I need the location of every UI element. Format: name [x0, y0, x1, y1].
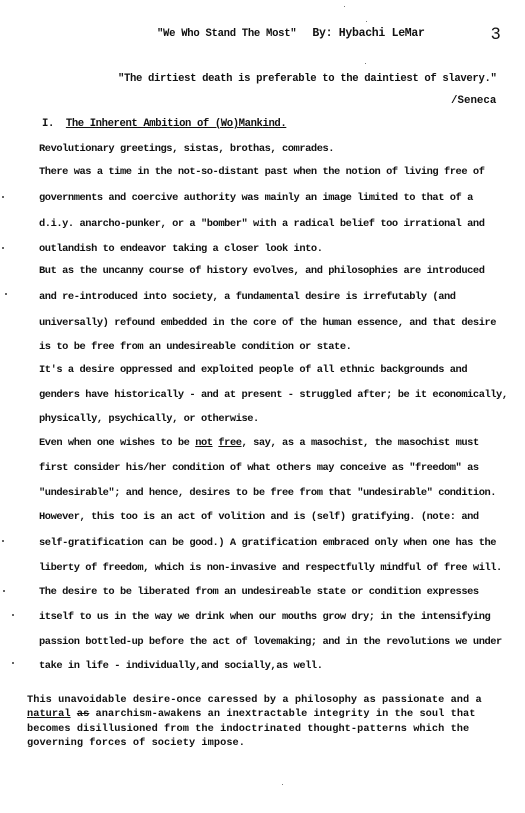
body-line: self-gratification can be good.) A grati… [39, 537, 496, 549]
typed-line: This unavoidable desire-once caressed by… [27, 693, 482, 707]
document-page: "We Who Stand The Most" By: Hybachi LeMa… [0, 0, 525, 813]
page-header: "We Who Stand The Most" By: Hybachi LeMa… [157, 27, 425, 40]
epigraph-attribution: /Seneca [451, 95, 496, 107]
page-number: 3 [491, 24, 500, 44]
body-line: genders have historically - and at prese… [39, 389, 508, 401]
body-line: physically, psychically, or otherwise. [39, 413, 259, 425]
margin-mark [2, 196, 4, 198]
margin-mark [2, 540, 4, 542]
body-line: "undesirable"; and hence, desires to be … [39, 487, 496, 499]
section-numeral: I. [42, 118, 54, 130]
margin-mark [12, 614, 14, 616]
section-title: The Inherent Ambition of (Wo)Mankind. [66, 118, 286, 130]
scan-speck [344, 6, 345, 7]
body-line: But as the uncanny course of history evo… [39, 265, 484, 277]
body-line: There was a time in the not-so-distant p… [39, 166, 484, 178]
body-line: universally) refound embedded in the cor… [39, 317, 496, 329]
emphasis-not: not [195, 437, 212, 449]
document-author: By: Hybachi LeMar [312, 27, 424, 40]
scan-speck [366, 21, 367, 22]
body-line: passion bottled-up before the act of lov… [39, 636, 502, 648]
body-line: outlandish to endeavor taking a closer l… [39, 243, 323, 255]
typed-paragraph: This unavoidable desire-once caressed by… [27, 693, 482, 750]
body-line: The desire to be liberated from an undes… [39, 586, 479, 598]
struck-word: as [77, 708, 89, 720]
typed-line: natural as anarchism-awakens an inextrac… [27, 707, 482, 721]
scan-speck [365, 63, 366, 64]
margin-mark [12, 662, 14, 664]
body-line: and re-introduced into society, a fundam… [39, 291, 456, 303]
document-title: "We Who Stand The Most" [157, 28, 296, 40]
body-line: is to be free from an undesireable condi… [39, 341, 351, 353]
typed-line: governing forces of society impose. [27, 736, 482, 750]
body-line: governments and coercive authority was m… [39, 192, 473, 204]
epigraph-quote: "The dirtiest death is preferable to the… [118, 73, 496, 85]
scan-speck [282, 784, 283, 785]
margin-mark [2, 247, 4, 249]
body-line: d.i.y. anarcho-punker, or a "bomber" wit… [39, 218, 484, 230]
body-line: Even when one wishes to be not free, say… [39, 437, 479, 449]
body-line: liberty of freedom, which is non-invasiv… [39, 562, 502, 574]
margin-mark [3, 590, 5, 592]
body-line: Revolutionary greetings, sistas, brothas… [39, 143, 334, 155]
typed-line: becomes disillusioned from the indoctrin… [27, 722, 482, 736]
body-line: It's a desire oppressed and exploited pe… [39, 364, 467, 376]
body-line: take in life - individually,and socially… [39, 660, 323, 672]
section-heading: I. The Inherent Ambition of (Wo)Mankind. [42, 118, 286, 130]
emphasis-natural: natural [27, 708, 71, 720]
emphasis-free: free [218, 437, 241, 449]
margin-mark [5, 293, 7, 295]
body-line: However, this too is an act of volition … [39, 511, 479, 523]
body-line: itself to us in the way we drink when ou… [39, 611, 490, 623]
body-line: first consider his/her condition of what… [39, 462, 479, 474]
